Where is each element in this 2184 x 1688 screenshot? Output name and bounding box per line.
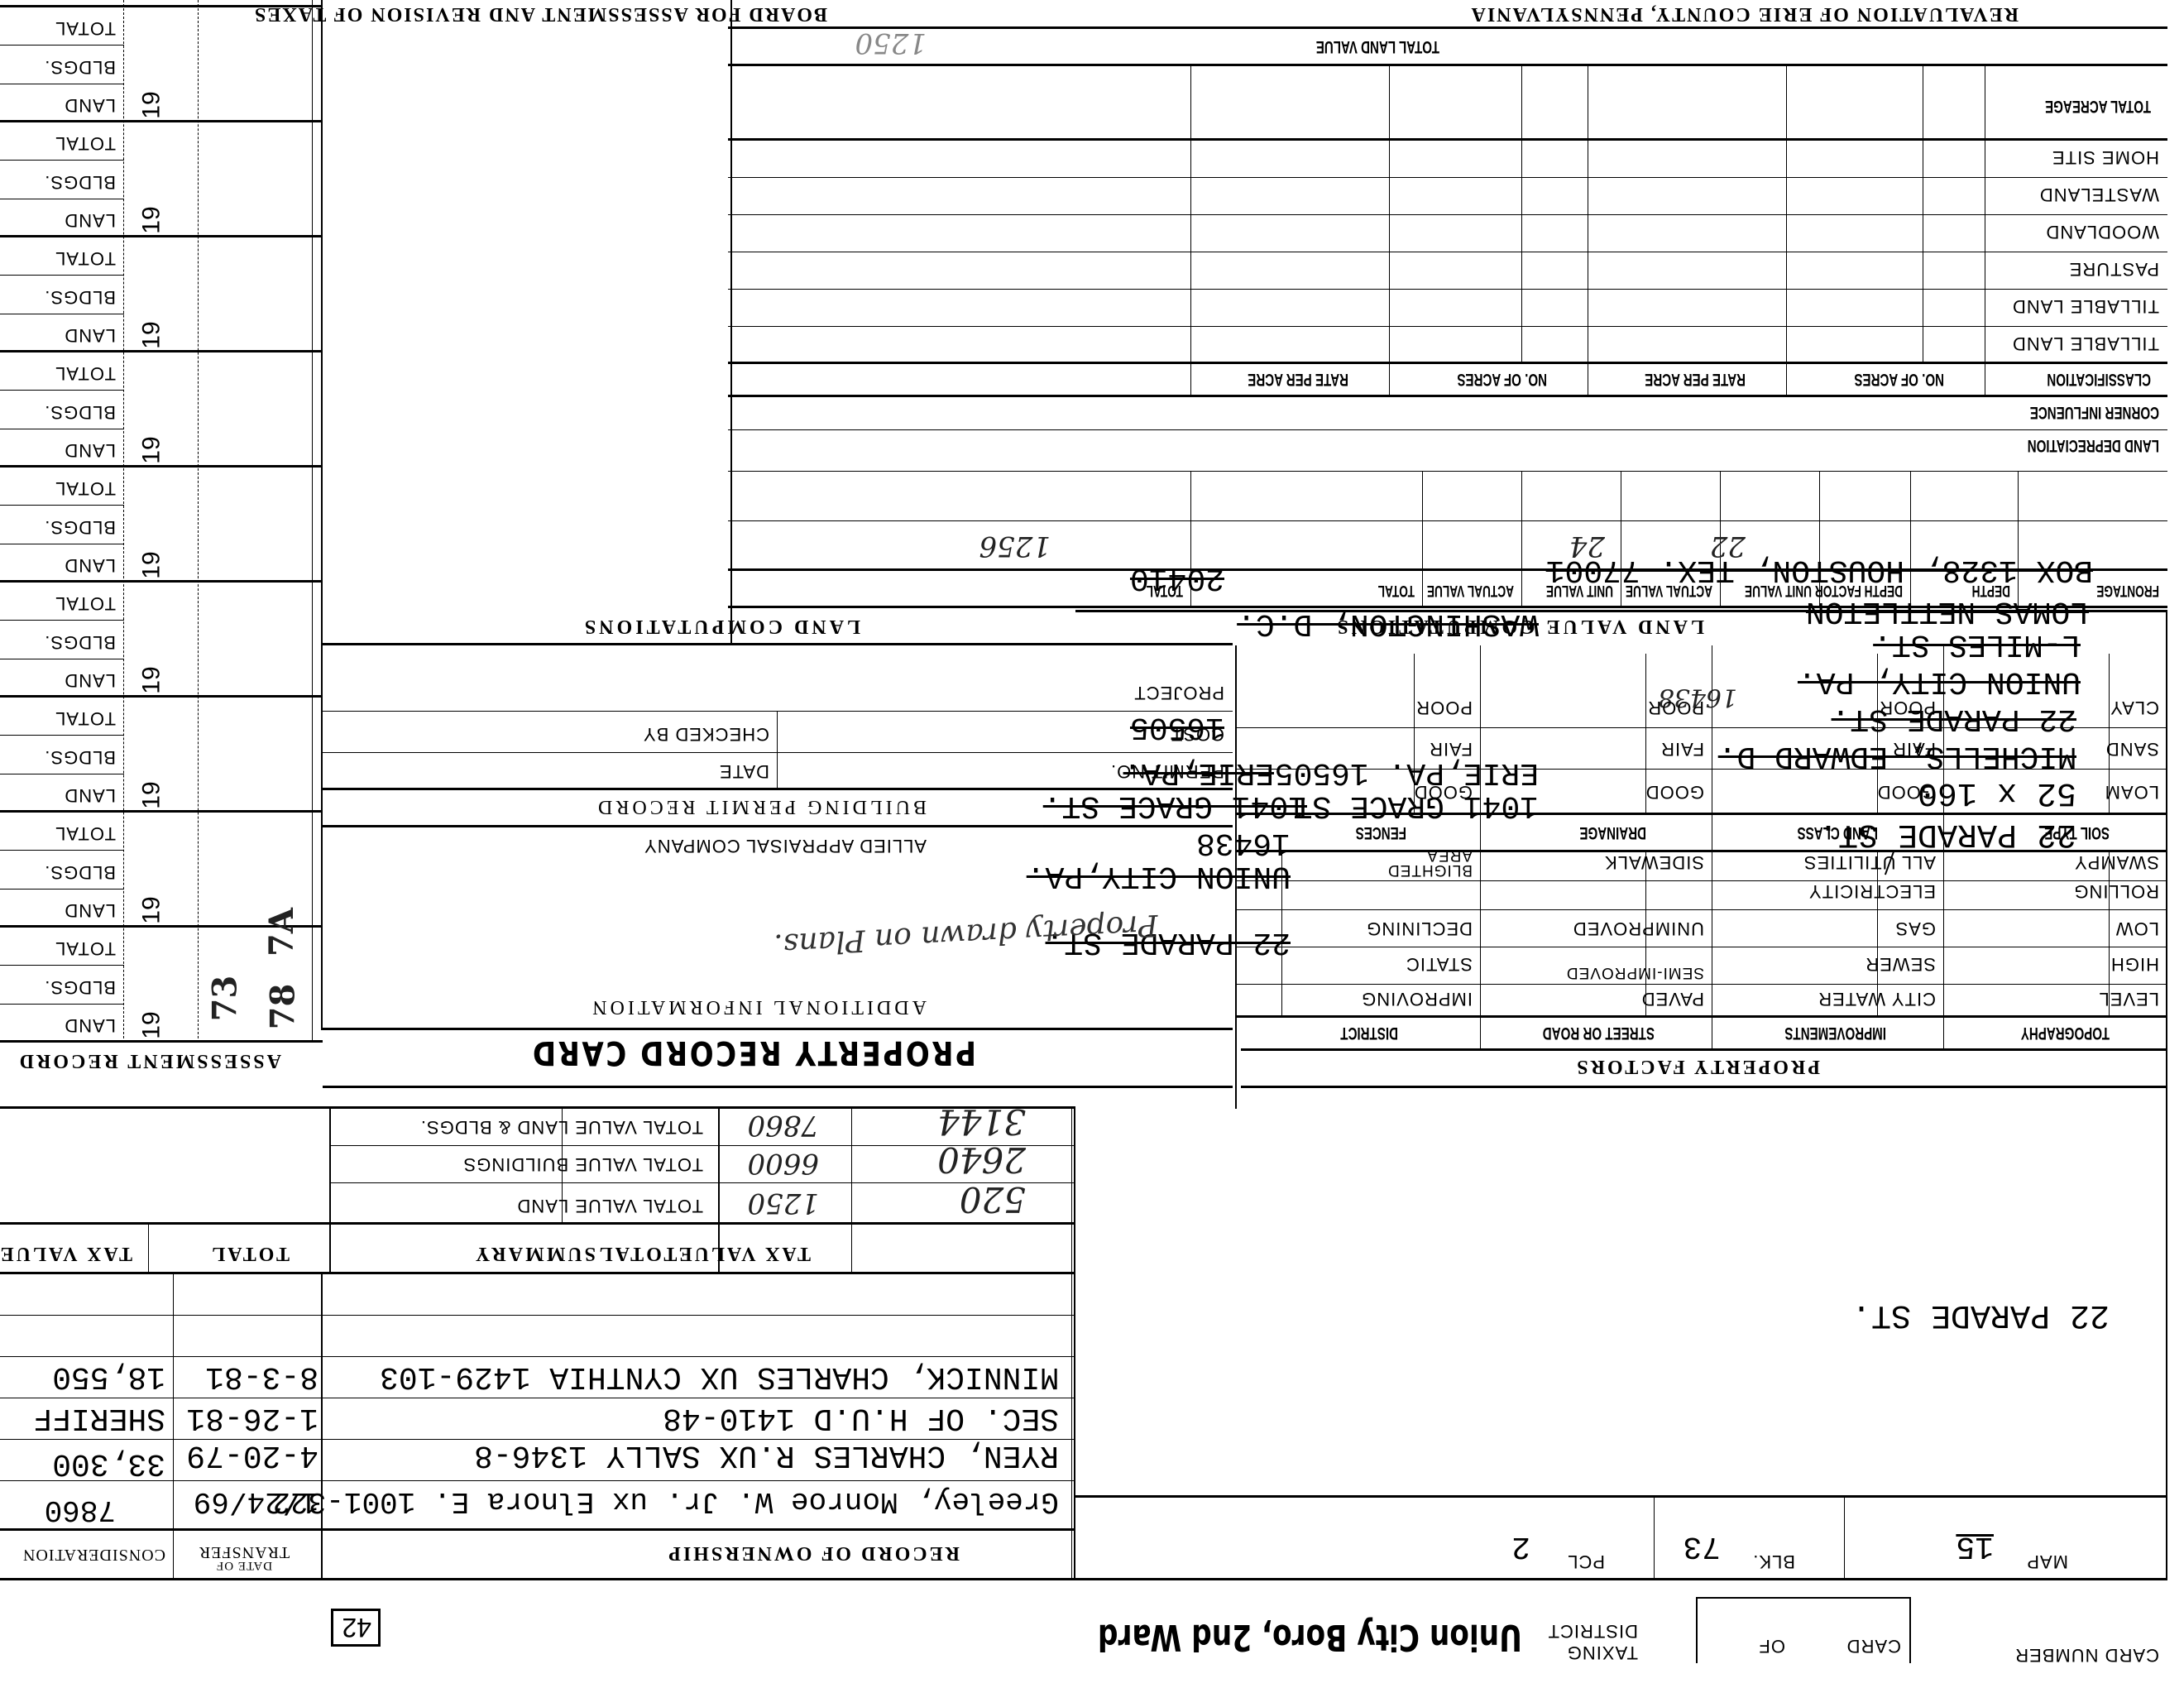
drainage-header: DRAINAGE (1579, 822, 1646, 842)
consideration: 18,550 (52, 1359, 165, 1394)
summary-tax-value: 520 (960, 1179, 1026, 1220)
acres-header-2: NO. OF ACRES (1457, 369, 1547, 389)
rate-header-2: RATE PER ACRE (1248, 369, 1348, 389)
assessment-row-label: BLDGS. (44, 171, 116, 193)
fences-option: FAIR (1429, 738, 1473, 760)
map-label: MAP (2026, 1551, 2068, 1572)
taxing-district-value: Union City Boro, 2nd Ward (1098, 1616, 1522, 1658)
assessment-row-label: TOTAL (55, 707, 116, 729)
assessment-row-label: LAND (64, 439, 116, 461)
consideration: 7860 (45, 1493, 116, 1527)
classification-header: CLASSIFICATION (2047, 369, 2151, 389)
summary-row-label: TOTAL VALUE BUILDINGS (463, 1153, 703, 1175)
blk-value: 73 (1683, 1528, 1721, 1564)
assessment-row-label: TOTAL (55, 17, 116, 39)
lvc-header: UNIT VALUE (1546, 581, 1613, 599)
rate-header: RATE PER ACRE (1645, 369, 1746, 389)
mailing-zip: 16438 (1196, 825, 1291, 861)
factor-option: SEMI-IMPROVED (1555, 965, 1704, 980)
permit-no-label: PERMIT NO. (1110, 760, 1224, 782)
lvc-header: ACTUAL VALUE (1626, 581, 1712, 599)
footer-board: BOARD FOR ASSESSMENT AND REVISION OF TAX… (253, 2, 827, 25)
factor-option: ALL UTILITIES (1803, 851, 1936, 873)
year-prefix: 19 (137, 91, 165, 118)
land-class-option: POOR (1879, 697, 1936, 718)
address-line-struck: 1041 GRACE ST. (1043, 788, 1307, 823)
assessment-row-label: LAND (64, 209, 116, 231)
consideration-header: CONSIDERATION (22, 1545, 165, 1564)
of-label: OF (1758, 1635, 1785, 1657)
owner-name: SEC. OF H.U.D 1410-48 (663, 1400, 1059, 1436)
assessment-annotation: 78 (264, 984, 303, 1030)
classification-row: TILLABLE LAND (2012, 333, 2159, 354)
soil-option: SAND (2105, 738, 2159, 760)
assessment-row-label: BLDGS. (44, 56, 116, 78)
address-line-struck: L-MILES ST. (1873, 626, 2081, 662)
appraiser-name: ALLIED APPRAISAL COMPANY (644, 835, 927, 856)
consideration: SHERIFF (33, 1400, 165, 1436)
assessment-annotation: 7A (262, 908, 301, 957)
permit-date-label: DATE (719, 760, 769, 782)
transfer-date: 8-3-81 (205, 1359, 318, 1394)
total-land-value-handwritten: 1250 (855, 26, 927, 60)
transfer-date: 4-20-79 (186, 1437, 318, 1473)
assessment-row-label: BLDGS. (44, 401, 116, 423)
factor-option: ROLLING (2073, 880, 2159, 902)
lot-dimensions: 52 x 160 (1918, 774, 2076, 811)
classification-row: HOME SITE (2052, 146, 2159, 168)
summary-row-label: TOTAL VALUE LAND & BLDGS. (420, 1116, 703, 1138)
assessment-row-label: TOTAL (55, 822, 116, 844)
improvements-header: IMPROVEMENTS (1784, 1023, 1886, 1043)
corner-influence-label: CORNER INFLUENCE (2030, 402, 2159, 422)
lvc-header: DEPTH FACTOR (1815, 581, 1903, 599)
checked-by-label: CHECKED BY (643, 723, 769, 745)
classification-row: WOODLAND (2045, 221, 2159, 242)
soil-option: LOAM (2105, 781, 2159, 803)
total-land-value-label: TOTAL LAND VALUE (1316, 36, 1439, 56)
lvc-header: TOTAL (1378, 581, 1415, 599)
year-prefix: 19 (137, 666, 165, 693)
property-record-card: CARD NUMBER CARD OF TAXING DISTRICT Unio… (0, 0, 2184, 1688)
factor-option: LEVEL (2099, 988, 2160, 1009)
district-header: DISTRICT (1340, 1023, 1398, 1043)
assessment-row-label: LAND (64, 94, 116, 116)
year-prefix: 19 (137, 206, 165, 233)
address-line: 22 PARADE ST. (1851, 1296, 2110, 1332)
year-prefix: 19 (137, 1011, 165, 1038)
year-prefix: 19 (137, 436, 165, 463)
year-prefix: 19 (137, 551, 165, 578)
classification-row: TILLABLE LAND (2012, 295, 2159, 317)
assessment-row-label: TOTAL (55, 592, 116, 614)
date-of-transfer-header: DATE OF TRANSFER (182, 1546, 306, 1572)
assessment-row-label: TOTAL (55, 132, 116, 154)
summary-row-label: TOTAL VALUE LAND (517, 1195, 703, 1216)
soil-type-header: SOIL TYPE (2044, 822, 2110, 842)
fences-header: FENCES (1356, 822, 1406, 842)
classification-row: WASTELAND (2039, 184, 2159, 205)
assessment-annotation: 73 (206, 976, 245, 1022)
summary-total: 6600 (747, 1147, 819, 1180)
transfer-date: 1-26-81 (186, 1400, 318, 1436)
land-class-header: LAND CLASS (1798, 822, 1878, 842)
factor-option: LOW (2115, 918, 2159, 939)
footer-revaluation: REVALUATION OF ERIE COUNTY, PENNSYLVANIA (1470, 2, 2019, 25)
summary-title: SUMMARY (473, 1242, 596, 1264)
permit-project-label: PROJECT (1133, 682, 1224, 703)
additional-info-title: ADDITIONAL INFORMATION (589, 995, 927, 1018)
factor-option: PAVED (1641, 988, 1704, 1009)
address-line-struck: UNION CITY,PA. (1027, 858, 1291, 894)
factor-option: SEWER (1865, 953, 1936, 975)
assessment-row-label: BLDGS. (44, 631, 116, 653)
assessment-row-label: BLDGS. (44, 976, 116, 998)
building-permit-title: BUILDING PERMIT RECORD (595, 795, 927, 818)
consideration: 33,300 (52, 1446, 165, 1481)
assessment-row-label: BLDGS. (44, 861, 116, 883)
owner-name: Greeley, Monroe W. Jr. ux Elnora E. 1001… (272, 1484, 1059, 1518)
assessment-row-label: LAND (64, 784, 116, 806)
drainage-option: FAIR (1660, 738, 1704, 760)
year-prefix: 19 (137, 896, 165, 923)
actual-value: 24 (1569, 530, 1605, 563)
total-value: 1256 (979, 530, 1051, 563)
assessment-row-label: LAND (64, 899, 116, 921)
pcl-value: 2 (1511, 1528, 1530, 1564)
summary-total: 7860 (747, 1109, 819, 1142)
factor-option: HIGH (2110, 953, 2159, 975)
year-prefix: 19 (137, 781, 165, 808)
card-number-label: CARD NUMBER (2014, 1645, 2159, 1665)
land-class-option: FAIR (1892, 738, 1936, 760)
lvc-header: FRONTAGE (2096, 581, 2159, 599)
summary-total: 1250 (747, 1187, 819, 1220)
factor-option: SIDEWALK (1604, 851, 1704, 873)
drainage-option: POOR (1647, 697, 1704, 718)
ownership-title: RECORD OF OWNERSHIP (666, 1542, 960, 1564)
summary-total-header-2: TOTAL (209, 1242, 290, 1264)
land-computations-title: LAND COMPUTATIONS (582, 615, 860, 637)
map-value: 15 (1956, 1528, 1994, 1564)
address-line-struck: UNION CITY, PA. (1798, 664, 2081, 699)
assessment-row-label: BLDGS. (44, 286, 116, 308)
drainage-option: GOOD (1645, 781, 1704, 803)
factor-option: GAS (1895, 918, 1936, 939)
lvc-header: TOTAL (1147, 581, 1183, 599)
factor-option: UNIMPROVED (1573, 918, 1704, 939)
lvc-header: DEPTH (1972, 581, 2010, 599)
assessment-row-label: LAND (64, 324, 116, 346)
assessment-row-label: LAND (64, 554, 116, 576)
assessment-row-label: LAND (64, 1014, 116, 1036)
assessment-title: ASSESSMENT RECORD (17, 1049, 281, 1072)
card-label: CARD (1846, 1635, 1901, 1657)
factor-option: SWAMPY (2074, 851, 2159, 873)
mailing-city: ERIE,PA. 16505 (1275, 755, 1539, 790)
transfer-date: 1/24/69 (194, 1484, 318, 1518)
street-or-road-header: STREET OR ROAD (1543, 1023, 1655, 1043)
soil-option: CLAY (2110, 697, 2159, 718)
topography-header: TOPOGRAPHY (2021, 1023, 2110, 1043)
assessment-row-label: TOTAL (55, 362, 116, 384)
unit-value: 22 (1710, 530, 1746, 563)
factor-option: ELECTRICITY (1808, 880, 1936, 902)
address-line-struck: 22 PARADE ST. (1832, 701, 2076, 736)
classification-row: PASTURE (2069, 258, 2159, 280)
owner-name: MINNICK, CHARLES UX CYNTHIA 1429-103 (380, 1359, 1059, 1394)
card-title: PROPERTY RECORD CARD (530, 1033, 976, 1072)
factor-option: DECLINING (1366, 918, 1473, 939)
summary-tax-value-header-2: TAX VALUE (0, 1242, 132, 1264)
land-value-computations-title: LAND VALUE COMPUTATIONS (1334, 615, 1704, 637)
pcl-label: PCL (1567, 1551, 1605, 1572)
assessment-row-label: TOTAL (55, 247, 116, 269)
total-acreage-label: TOTAL ACREAGE (2045, 96, 2151, 116)
assessment-row-label: LAND (64, 669, 116, 691)
year-prefix: 19 (137, 321, 165, 348)
blk-label: BLK. (1752, 1551, 1795, 1572)
taxing-district-label: TAXING DISTRICT (1548, 1620, 1638, 1663)
fences-option: GOOD (1414, 781, 1473, 803)
acres-header: NO. OF ACRES (1854, 369, 1944, 389)
factor-option: CITY WATER (1818, 988, 1936, 1009)
land-class-option: GOOD (1877, 781, 1936, 803)
card-of-box: CARD OF (1696, 1597, 1911, 1663)
assessment-row-label: TOTAL (55, 477, 116, 499)
lvc-header: UNIT VALUE (1745, 581, 1812, 599)
land-depreciation-label: LAND DEPRECIATION (2028, 435, 2159, 455)
permit-cost-label: COST (1171, 723, 1224, 745)
factor-option: IMPROVING (1361, 988, 1473, 1009)
property-factors-title: PROPERTY FACTORS (1574, 1055, 1820, 1077)
box-number: 42 (331, 1609, 381, 1647)
lvc-header: ACTUAL VALUE (1427, 581, 1514, 599)
assessment-row-label: BLDGS. (44, 746, 116, 768)
fences-option: POOR (1415, 697, 1473, 718)
address-column-owner: 22 PARADE ST. (1851, 1296, 2110, 1332)
assessment-row-label: TOTAL (55, 938, 116, 959)
assessment-row-label: BLDGS. (44, 516, 116, 538)
factor-option: STATIC (1406, 953, 1473, 975)
owner-name: RYEN, CHARLES R.UX SALLY 1346-8 (474, 1437, 1059, 1473)
